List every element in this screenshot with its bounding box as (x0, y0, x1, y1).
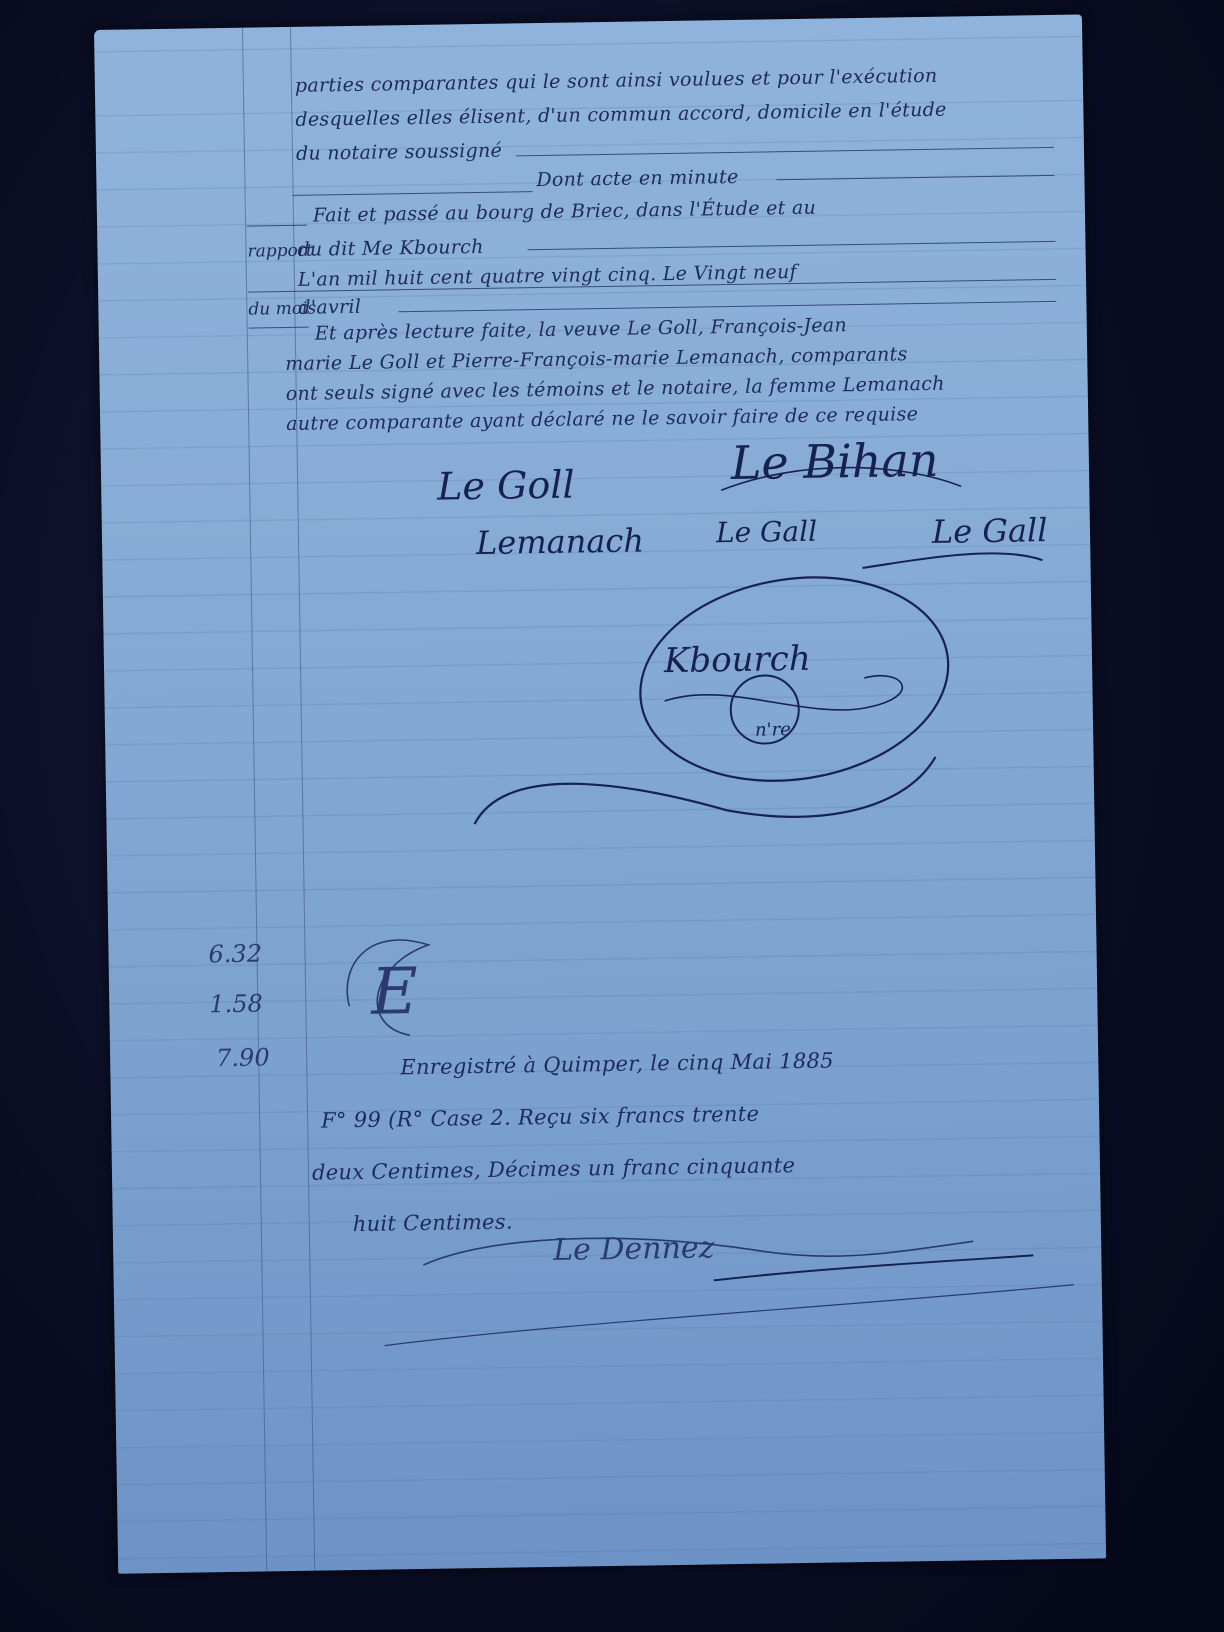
registrar-signature: Le Dennez (553, 1230, 715, 1268)
tally-figure: 7.90 (216, 1043, 270, 1072)
signature-flourishes (94, 14, 1106, 1573)
notary-subscript: n're (755, 719, 791, 741)
registration-initial: E (371, 955, 419, 1030)
notary-signature-kbourch: Kbourch (664, 639, 811, 681)
tally-figure: 1.58 (209, 989, 263, 1018)
tally-figure: 6.32 (208, 939, 262, 968)
document-page: parties comparantes qui le sont ainsi vo… (94, 14, 1106, 1573)
